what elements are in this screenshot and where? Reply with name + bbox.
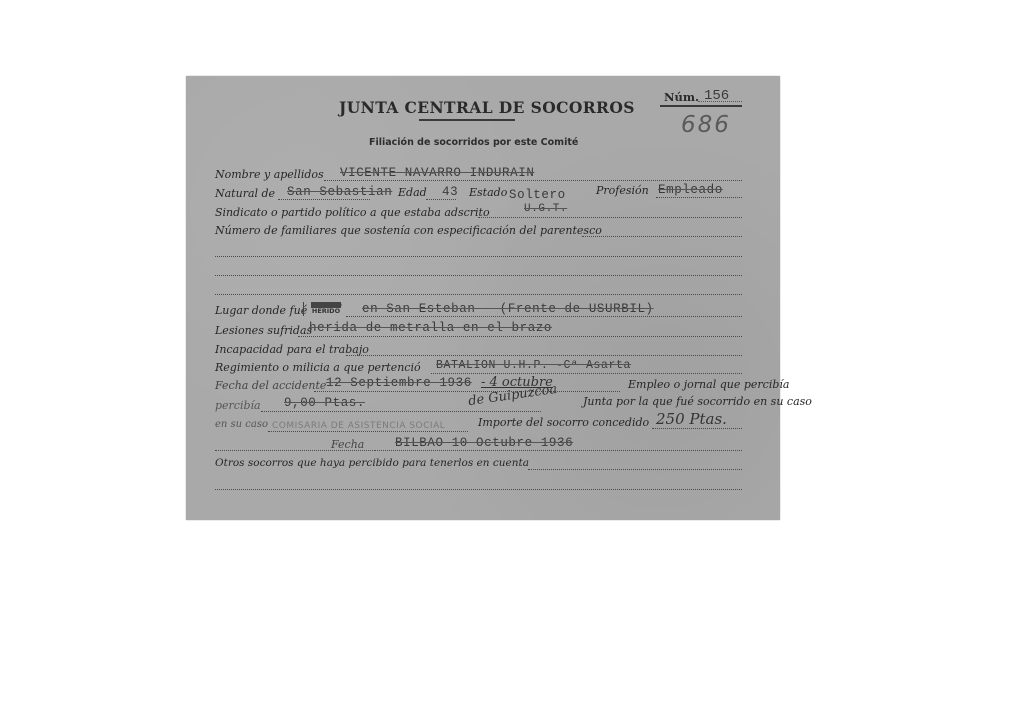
- otros-line: [528, 469, 742, 470]
- regimiento-label: Regimiento o milicia a que pertenció: [215, 361, 421, 374]
- sindicato-line: [478, 217, 742, 218]
- document-title: JUNTA CENTRAL DE SOCORROS: [339, 98, 635, 117]
- junta-line: [268, 431, 468, 432]
- familiares-line-2: [215, 256, 742, 257]
- lugar-value: en San Esteban - (Frente de USURBIL): [362, 302, 654, 316]
- relief-record-card: JUNTA CENTRAL DE SOCORROS Núm. 156 686 F…: [186, 76, 780, 520]
- fecha-accidente-value: 12 Septiembre 1936: [326, 376, 472, 390]
- lesiones-line: [298, 336, 742, 337]
- estado-label: Estado: [469, 186, 507, 199]
- importe-line: [652, 428, 742, 429]
- handwritten-number: 686: [681, 112, 731, 138]
- lugar-bracket: [303, 302, 304, 316]
- title-underline: [419, 119, 515, 121]
- profesion-value: Empleado: [658, 183, 723, 197]
- number-label: Núm.: [664, 90, 699, 104]
- familiares-line-3: [215, 275, 742, 276]
- profesion-line: [656, 197, 742, 198]
- fecha-value: BILBAO 10 Octubre 1936: [395, 436, 573, 450]
- number-dots: [698, 101, 742, 102]
- nombre-value: VICENTE NAVARRO INDURAIN: [340, 166, 534, 180]
- fecha-line: [374, 450, 742, 451]
- nombre-label: Nombre y apellidos: [215, 168, 324, 181]
- edad-value: 43: [442, 185, 458, 199]
- empleo-line: [261, 411, 541, 412]
- familiares-line: [582, 236, 742, 237]
- junta-label: Junta por la que fué socorrido en su cas…: [583, 395, 812, 408]
- lesiones-value: herida de metralla en el brazo: [309, 321, 552, 335]
- herido-option: HERIDO: [312, 307, 340, 315]
- familiares-label: Número de familiares que sostenía con es…: [215, 224, 602, 237]
- percibia-label: percibía: [215, 399, 261, 412]
- fecha-accidente-label: Fecha del accidente: [215, 379, 326, 392]
- natural-label: Natural de: [215, 187, 275, 200]
- junta-stamp: COMISARIA DE ASISTENCIA SOCIAL: [272, 421, 445, 431]
- lugar-line: [346, 316, 742, 317]
- estado-value: Soltero: [509, 188, 566, 202]
- nombre-line: [324, 180, 742, 181]
- edad-label: Edad: [398, 186, 427, 199]
- empleo-value: 9,00 Ptas.: [284, 396, 365, 410]
- regimiento-line: [431, 373, 742, 374]
- natural-value: San Sebastian: [287, 185, 392, 199]
- importe-label: Importe del socorro concedido: [478, 416, 649, 429]
- importe-handwritten: 250 Ptas.: [656, 410, 727, 428]
- number-underline: [660, 105, 742, 107]
- edad-line: [426, 199, 456, 200]
- incapacidad-line: [346, 355, 742, 356]
- profesion-label: Profesión: [596, 184, 649, 197]
- fecha-label: Fecha: [331, 438, 364, 451]
- sindicato-value: U.G.T.: [524, 203, 567, 215]
- otros-line-2: [215, 489, 742, 490]
- otros-label: Otros socorros que haya percibido para t…: [215, 457, 529, 469]
- lugar-options: MUERTO HERIDO: [311, 302, 341, 315]
- empleo-label: Empleo o jornal que percibía: [628, 378, 789, 391]
- sindicato-label: Sindicato o partido político a que estab…: [215, 206, 490, 219]
- document-subtitle: Filiación de socorridos por este Comité: [369, 137, 578, 148]
- fecha-accidente-line: [314, 391, 620, 392]
- en-su-caso-label: en su caso: [215, 419, 268, 430]
- lugar-label: Lugar donde fué: [215, 304, 307, 317]
- regimiento-value: BATALION U.H.P. -Cª Asarta: [436, 359, 631, 372]
- natural-line: [278, 199, 370, 200]
- familiares-line-4: [215, 294, 742, 295]
